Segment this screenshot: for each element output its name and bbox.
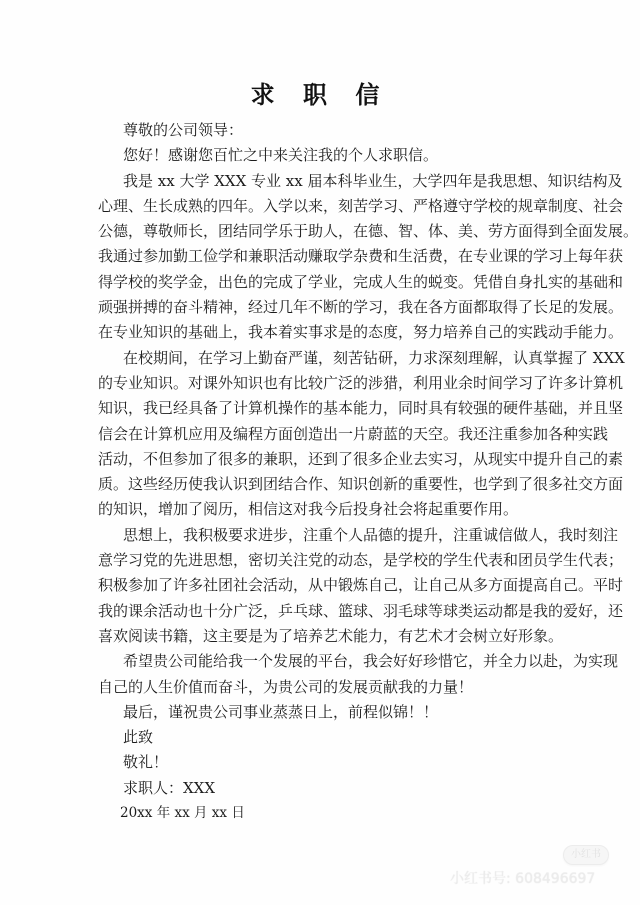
page-title: 求 职 信 bbox=[0, 80, 640, 110]
watermark-id: 小红书号: 608496697 bbox=[450, 870, 595, 888]
paragraph-1-line: 公德，尊敬师长，团结同学乐于助人，在德、智、体、美、劳方面得到全面发展。 bbox=[98, 219, 544, 244]
paragraph-2-line: 信会在计算机应用及编程方面创造出一片蔚蓝的天空。我还注重参加各种实践 bbox=[98, 422, 544, 447]
paragraph-1-line: 顽强拼搏的奋斗精神，经过几年不断的学习，我在各方面都取得了长足的发展。 bbox=[98, 295, 544, 320]
paragraph-2-line: 的知识，增加了阅历，相信这对我今后投身社会将起重要作用。 bbox=[98, 497, 544, 522]
paragraph-2-line: 知识，我已经具备了计算机操作的基本能力，同时具有较强的硬件基础，并且坚 bbox=[98, 396, 544, 421]
date: 20xx 年 xx 月 xx 日 bbox=[98, 801, 544, 826]
closing-wish: 最后，谨祝贵公司事业蒸蒸日上，前程似锦！！ bbox=[98, 700, 544, 725]
signature: 求职人：XXX bbox=[98, 776, 544, 801]
paragraph-2-line: 活动，不但参加了很多的兼职，还到了很多企业去实习，从现实中提升自己的素 bbox=[98, 447, 544, 472]
paragraph-1-line: 我是 xx 大学 XXX 专业 xx 届本科毕业生，大学四年是我思想、知识结构及 bbox=[98, 169, 544, 194]
paragraph-3-line: 思想上，我积极要求进步，注重个人品德的提升，注重诚信做人，我时刻注 bbox=[98, 523, 544, 548]
paragraph-3-line: 意学习党的先进思想，密切关注党的动态，是学校的学生代表和团员学生代表； bbox=[98, 548, 544, 573]
letter-body: 尊敬的公司领导： 您好！感谢您百忙之中来关注我的个人求职信。 我是 xx 大学 … bbox=[98, 118, 544, 826]
paragraph-2-line: 质。这些经历使我认识到团结合作、知识创新的重要性，也学到了很多社交方面 bbox=[98, 472, 544, 497]
paragraph-1-line: 心理、生长成熟的四年。入学以来，刻苦学习、严格遵守学校的规章制度、社会 bbox=[98, 194, 544, 219]
paragraph-1-line: 在专业知识的基础上，我本着实事求是的态度，努力培养自己的实践动手能力。 bbox=[98, 320, 544, 345]
paragraph-1-line: 我通过参加勤工俭学和兼职活动赚取学杂费和生活费，在专业课的学习上每年获 bbox=[98, 244, 544, 269]
paragraph-2-line: 在校期间，在学习上勤奋严谨，刻苦钻研，力求深刻理解，认真掌握了 XXX bbox=[98, 346, 544, 371]
paragraph-4-line: 自己的人生价值而奋斗，为贵公司的发展贡献我的力量！ bbox=[98, 675, 544, 700]
salutation: 尊敬的公司领导： bbox=[98, 118, 544, 143]
document-page: 求 职 信 尊敬的公司领导： 您好！感谢您百忙之中来关注我的个人求职信。 我是 … bbox=[0, 0, 640, 905]
paragraph-1-line: 得学校的奖学金，出色的完成了学业，完成人生的蜕变。凭借自身扎实的基础和 bbox=[98, 270, 544, 295]
paragraph-4-line: 希望贵公司能给我一个发展的平台，我会好好珍惜它，并全力以赴，为实现 bbox=[98, 649, 544, 674]
closing-2: 敬礼！ bbox=[98, 750, 544, 775]
watermark-badge: 小红书 bbox=[563, 845, 609, 865]
paragraph-3-line: 喜欢阅读书籍，这主要是为了培养艺术能力，有艺术才会树立好形象。 bbox=[98, 624, 544, 649]
paragraph-3-line: 我的课余活动也十分广泛，乒乓球、篮球、羽毛球等球类运动都是我的爱好，还 bbox=[98, 599, 544, 624]
paragraph-2-line: 的专业知识。对课外知识也有比较广泛的涉猎，利用业余时间学习了许多计算机 bbox=[98, 371, 544, 396]
greeting: 您好！感谢您百忙之中来关注我的个人求职信。 bbox=[98, 143, 544, 168]
closing-1: 此致 bbox=[98, 725, 544, 750]
paragraph-3-line: 积极参加了许多社团社会活动，从中锻炼自己，让自己从多方面提高自己。平时 bbox=[98, 573, 544, 598]
